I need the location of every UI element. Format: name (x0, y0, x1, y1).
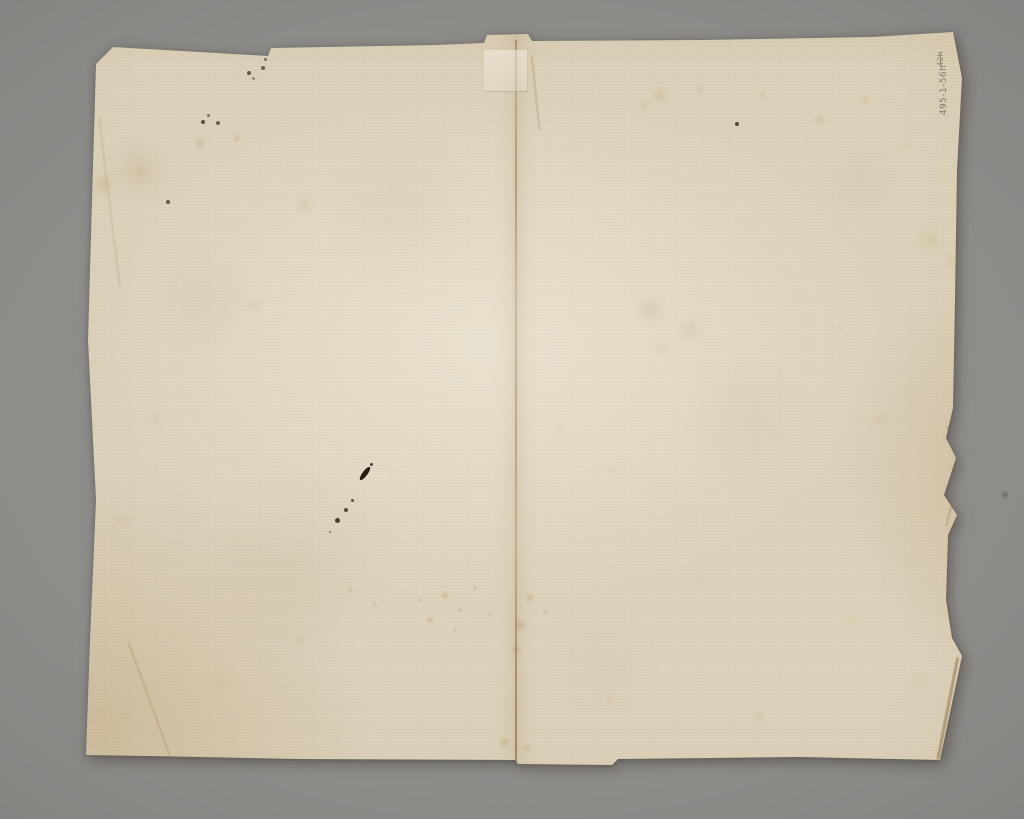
foxing-spot (192, 135, 208, 151)
foxing-spot (899, 139, 911, 151)
foxing-spot (110, 510, 130, 530)
right-edge-wrinkle (946, 425, 963, 471)
crossed-out-inscription-mark: 42h (935, 49, 947, 69)
photo-stage: 495-1-56h 42h (0, 0, 1024, 819)
foxing-spot (910, 670, 930, 690)
foxing-spot (735, 122, 739, 126)
foxing-spot (216, 121, 220, 125)
foxing-spot (292, 632, 308, 648)
foxing-spot (756, 89, 768, 101)
foxing-spot (487, 612, 493, 618)
ink-blot (358, 465, 372, 481)
center-fold-shading (496, 34, 538, 764)
bottom-right-fold-crease (937, 657, 959, 760)
foxing-spot (417, 597, 423, 603)
foxing-spot (261, 66, 265, 70)
foxing-spot (452, 627, 458, 633)
accession-number-inscription: 495-1-56h (937, 62, 951, 118)
foxing-spot (252, 77, 255, 80)
foxing-spot (914, 224, 946, 256)
ink-trail-dot (351, 499, 354, 502)
foxing-spot (207, 114, 210, 117)
foxing-spot (812, 112, 828, 128)
foxing-spot (832, 322, 848, 338)
paper-sheet-verso: 495-1-56h 42h (0, 0, 1024, 819)
foxing-spot (858, 93, 872, 107)
foxing-spot (293, 193, 317, 217)
foxing-spot (638, 98, 652, 112)
foxing-spot (836, 606, 864, 634)
foxing-spot (247, 71, 251, 75)
foxing-spot (456, 606, 464, 614)
center-fold-crease (515, 40, 517, 764)
foxing-spot (425, 615, 435, 625)
foxing-spot (604, 694, 616, 706)
ink-trail-dot (335, 518, 340, 523)
foxing-spot (371, 601, 379, 609)
foxing-spot (345, 585, 355, 595)
foxing-spot (210, 670, 230, 690)
foxing-spot (201, 120, 205, 124)
left-edge-crease (98, 116, 121, 291)
foxing-spot (782, 492, 798, 508)
foxing-spot (472, 585, 478, 591)
foxing-spot (692, 572, 708, 588)
right-edge-wrinkle (945, 479, 959, 527)
foxing-spot (245, 295, 265, 315)
foxing-spot (650, 85, 670, 105)
bottom-left-crease (127, 641, 172, 760)
foxing-spot (942, 252, 962, 272)
foxing-spot (440, 590, 450, 600)
foxing-spot (550, 420, 570, 440)
foxing-spot (89, 171, 117, 199)
foxing-spot (143, 408, 167, 432)
hinge-residue-patch (484, 50, 528, 92)
foxing-spot (752, 707, 768, 723)
paper-shadow-wrap: 495-1-56h 42h (0, 0, 1024, 819)
ink-trail-dot (344, 508, 348, 512)
foxing-spot (630, 290, 670, 330)
foxing-spot (264, 58, 267, 61)
foxing-spot (674, 314, 706, 346)
foxing-spot (694, 84, 706, 96)
foxing-spot (650, 336, 674, 360)
foxing-spot (870, 410, 890, 430)
ink-trail-dot (370, 463, 373, 466)
ink-trail-dot (329, 531, 331, 533)
foxing-spot (120, 152, 160, 192)
foxing-spot (166, 200, 170, 204)
foxing-spot (602, 462, 618, 478)
foxing-spot (232, 133, 242, 143)
foxing-spot (541, 608, 549, 616)
